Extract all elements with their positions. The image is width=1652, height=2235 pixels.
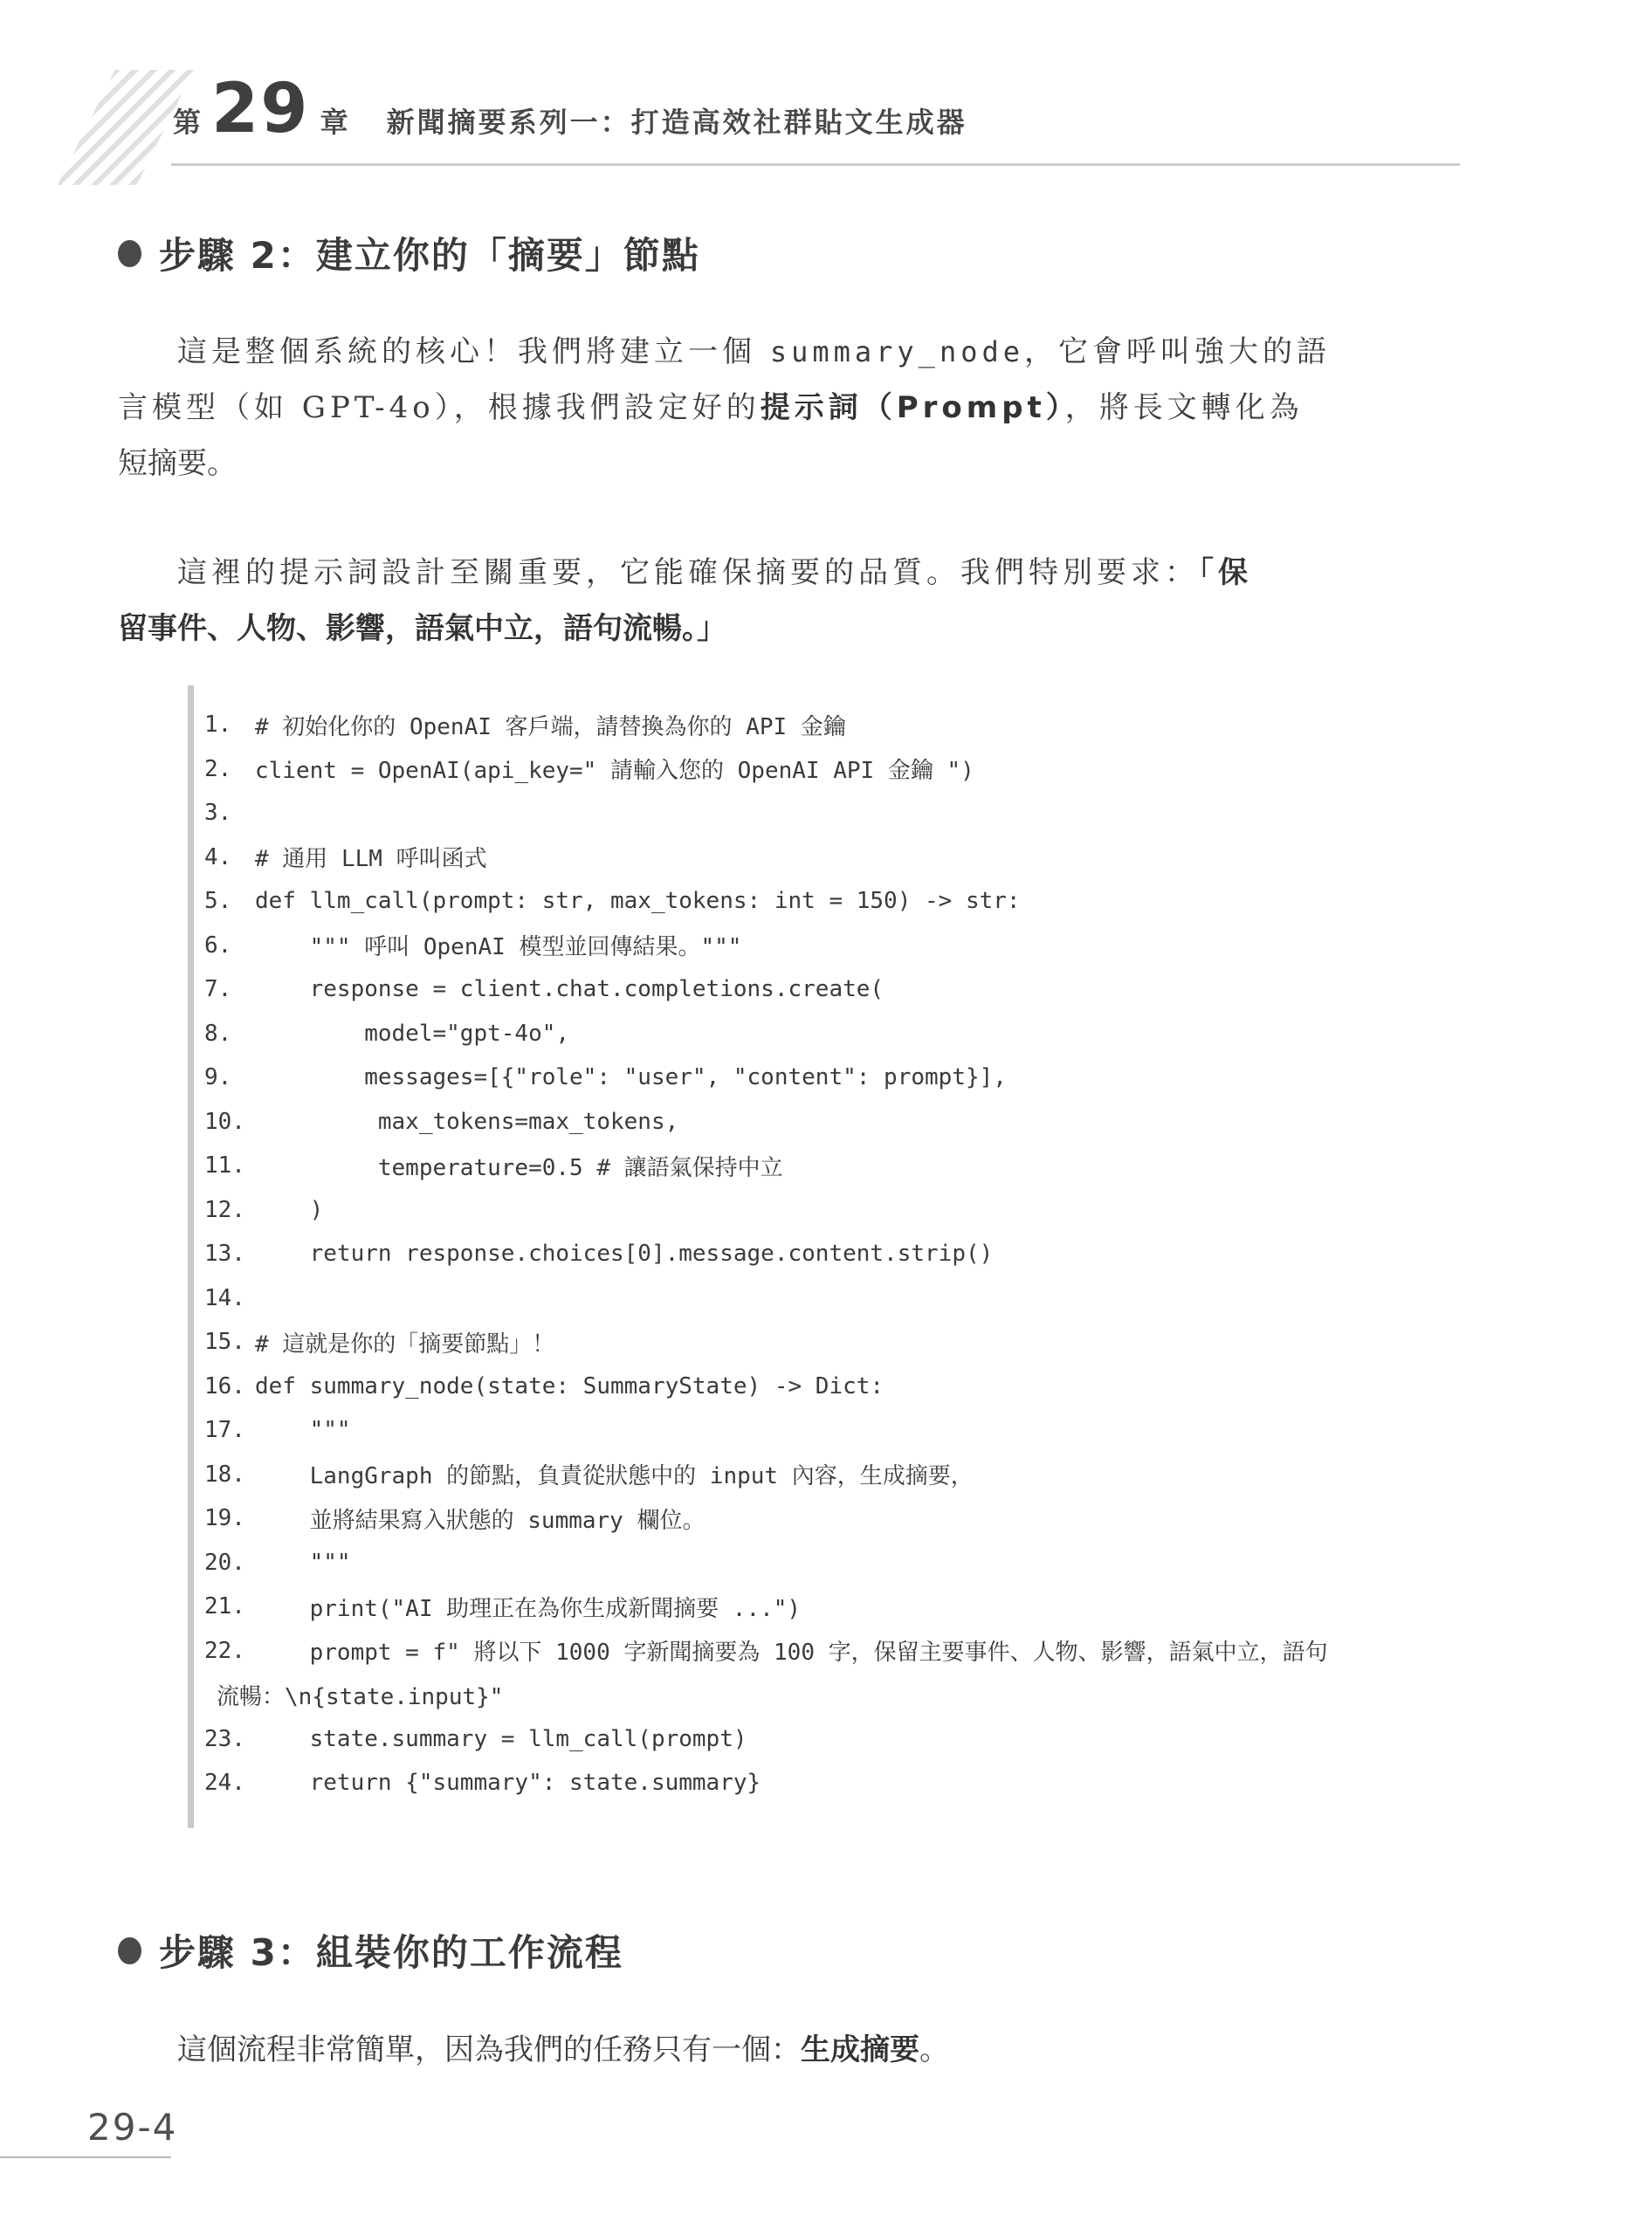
paragraph-line: 這是整個系統的核心！我們將建立一個 summary_node，它會呼叫強大的語 [118, 324, 1550, 380]
code-line: 12. ) [204, 1188, 1550, 1233]
code-line-number: 19. [204, 1505, 255, 1531]
section-heading-step2: 步驟 2：建立你的「摘要」節點 [118, 227, 700, 279]
body-text: ，它會呼叫強大的語 [1024, 334, 1331, 369]
code-line-text: print("AI 助理正在為你生成新聞摘要 ...") [255, 1591, 801, 1623]
bold-text: 留事件、人物、影響，語氣中立，語句流暢。」 [118, 611, 726, 646]
bullet-icon [118, 240, 141, 267]
code-line-text: LangGraph 的節點，負責從狀態中的 input 內容，生成摘要， [255, 1458, 974, 1490]
code-line-text: messages=[{"role": "user", "content": pr… [255, 1064, 1007, 1090]
code-line: 24. return {"summary": state.summary} [204, 1761, 1550, 1805]
code-line-number: 13. [204, 1241, 255, 1267]
code-line-number: 22. [204, 1638, 255, 1664]
code-line-text: return {"summary": state.summary} [255, 1770, 761, 1796]
code-line-number: 10. [204, 1109, 255, 1135]
chapter-header: 第 29 章 新聞摘要系列一：打造高效社群貼文生成器 [173, 75, 967, 143]
inline-code: summary_node [770, 335, 1024, 368]
code-line-number: 7. [204, 976, 255, 1002]
code-line-text: """ 呼叫 OpenAI 模型並回傳結果。""" [255, 929, 741, 961]
code-line-number: 2. [204, 756, 255, 782]
code-line-number: 15. [204, 1329, 255, 1355]
chapter-prefix: 第 [173, 108, 201, 136]
code-line-text: return response.choices[0].message.conte… [255, 1241, 993, 1267]
paragraph-line: 留事件、人物、影響，語氣中立，語句流暢。」 [118, 601, 1550, 657]
code-line: 1.# 初始化你的 OpenAI 客戶端，請替換為你的 API 金鑰 [204, 703, 1550, 747]
code-line: 8. model="gpt-4o", [204, 1012, 1550, 1056]
code-line: 22. prompt = f" 將以下 1000 字新聞摘要為 100 字，保留… [204, 1629, 1550, 1674]
code-line-number: 9. [204, 1064, 255, 1090]
code-line: 19. 並將結果寫入狀態的 summary 欄位。 [204, 1496, 1550, 1541]
code-line-text: """ [255, 1550, 351, 1576]
code-line-text: temperature=0.5 # 讓語氣保持中立 [255, 1150, 783, 1182]
code-line-text: max_tokens=max_tokens, [255, 1109, 678, 1135]
code-line-number: 17. [204, 1417, 255, 1443]
code-line: 3. [204, 791, 1550, 836]
code-line-text: model="gpt-4o", [255, 1021, 569, 1047]
page-number: 29-4 [87, 2106, 177, 2149]
code-line-text: client = OpenAI(api_key=" 請輸入您的 OpenAI A… [255, 753, 974, 785]
code-line-number: 12. [204, 1197, 255, 1223]
body-text: 這裡的提示詞設計至關重要，它能確保摘要的品質。我們特別要求： [177, 555, 1199, 590]
code-line: 13. return response.choices[0].message.c… [204, 1232, 1550, 1276]
chapter-title: 新聞摘要系列一：打造高效社群貼文生成器 [387, 108, 967, 136]
bold-text: 「保 [1199, 555, 1252, 590]
section-heading-text: 步驟 2：建立你的「摘要」節點 [159, 227, 700, 279]
code-line-text: prompt = f" 將以下 1000 字新聞摘要為 100 字，保留主要事件… [255, 1634, 1328, 1667]
bullet-icon [118, 1937, 141, 1964]
code-line-number: 5. [204, 888, 255, 914]
code-line-number: 18. [204, 1461, 255, 1488]
paragraph-line: 這裡的提示詞設計至關重要，它能確保摘要的品質。我們特別要求：「保 [118, 545, 1550, 601]
code-line: 16.def summary_node(state: SummaryState)… [204, 1365, 1550, 1409]
paragraph-prompt-quality: 這裡的提示詞設計至關重要，它能確保摘要的品質。我們特別要求：「保留事件、人物、影… [118, 545, 1550, 657]
body-text: 短摘要。 [118, 446, 237, 481]
code-line-number: 14. [204, 1285, 255, 1311]
code-line: 15.# 這就是你的「摘要節點」！ [204, 1320, 1550, 1365]
section-heading-step3: 步驟 3：組裝你的工作流程 [118, 1924, 623, 1977]
code-line-number: 1. [204, 712, 255, 738]
code-line-text: # 這就是你的「摘要節點」！ [255, 1326, 554, 1358]
code-line: 5.def llm_call(prompt: str, max_tokens: … [204, 879, 1550, 924]
code-line: 18. LangGraph 的節點，負責從狀態中的 input 內容，生成摘要， [204, 1453, 1550, 1497]
code-line: 2.client = OpenAI(api_key=" 請輸入您的 OpenAI… [204, 747, 1550, 792]
code-line: 7. response = client.chat.completions.cr… [204, 967, 1550, 1012]
body-text: 言模型（如 GPT-4o），根據我們設定好的 [118, 390, 761, 425]
paragraph-intro: 這是整個系統的核心！我們將建立一個 summary_node，它會呼叫強大的語言… [118, 324, 1550, 492]
chapter-number: 29 [211, 75, 310, 143]
code-line: 21. print("AI 助理正在為你生成新聞摘要 ...") [204, 1585, 1550, 1629]
code-line-number: 3. [204, 800, 255, 826]
paragraph-line: 言模型（如 GPT-4o），根據我們設定好的提示詞（Prompt），將長文轉化為 [118, 380, 1550, 436]
code-line-number: 20. [204, 1550, 255, 1576]
footer-divider [0, 2156, 171, 2158]
body-text: ，將長文轉化為 [1065, 390, 1304, 425]
code-line-number: 24. [204, 1770, 255, 1796]
code-line: 10. max_tokens=max_tokens, [204, 1100, 1550, 1145]
body-text: 。 [919, 2032, 949, 2067]
code-line-number: 4. [204, 844, 255, 870]
bold-text: 生成摘要 [801, 2032, 919, 2067]
code-line: 17. """ [204, 1408, 1550, 1453]
code-line-text: 並將結果寫入狀態的 summary 欄位。 [255, 1503, 706, 1535]
code-line: 4.# 通用 LLM 呼叫函式 [204, 836, 1550, 880]
code-line-number: 21. [204, 1593, 255, 1620]
body-text: 這是整個系統的核心！我們將建立一個 [177, 334, 770, 369]
code-line-text: 流暢：\n{state.input}" [217, 1679, 503, 1711]
code-line: 14. [204, 1276, 1550, 1321]
code-line-text: # 初始化你的 OpenAI 客戶端，請替換為你的 API 金鑰 [255, 709, 846, 741]
paragraph-line: 這個流程非常簡單，因為我們的任務只有一個：生成摘要。 [118, 2022, 1550, 2078]
code-line-text: # 通用 LLM 呼叫函式 [255, 841, 487, 873]
paragraph-line: 短摘要。 [118, 436, 1550, 492]
paragraph-workflow: 這個流程非常簡單，因為我們的任務只有一個：生成摘要。 [118, 2022, 1550, 2078]
code-line-text: def llm_call(prompt: str, max_tokens: in… [255, 888, 1021, 914]
section-heading-text: 步驟 3：組裝你的工作流程 [159, 1924, 623, 1977]
code-line-text: ) [255, 1197, 323, 1223]
code-line: 11. temperature=0.5 # 讓語氣保持中立 [204, 1144, 1550, 1188]
code-block: 1.# 初始化你的 OpenAI 客戶端，請替換為你的 API 金鑰2.clie… [188, 685, 1550, 1828]
header-divider [171, 163, 1460, 166]
code-line: 20. """ [204, 1541, 1550, 1585]
body-text: 這個流程非常簡單，因為我們的任務只有一個： [177, 2032, 801, 2067]
code-line-text: state.summary = llm_call(prompt) [255, 1726, 747, 1752]
code-line-number: 11. [204, 1152, 255, 1179]
code-line: 23. state.summary = llm_call(prompt) [204, 1717, 1550, 1762]
bold-text: 提示詞（Prompt） [761, 390, 1065, 425]
code-line-number: 6. [204, 932, 255, 959]
code-line-text: """ [255, 1417, 351, 1443]
code-line-number: 23. [204, 1726, 255, 1752]
code-line: 6. """ 呼叫 OpenAI 模型並回傳結果。""" [204, 924, 1550, 968]
chapter-suffix: 章 [320, 108, 348, 136]
code-line-number: 16. [204, 1373, 255, 1399]
code-line-text: response = client.chat.completions.creat… [255, 976, 884, 1002]
code-line-text: def summary_node(state: SummaryState) ->… [255, 1373, 884, 1399]
code-line: 流暢：\n{state.input}" [204, 1673, 1550, 1717]
code-line-number: 8. [204, 1021, 255, 1047]
book-page: 第 29 章 新聞摘要系列一：打造高效社群貼文生成器 步驟 2：建立你的「摘要」… [0, 0, 1652, 2235]
code-line: 9. messages=[{"role": "user", "content":… [204, 1056, 1550, 1100]
